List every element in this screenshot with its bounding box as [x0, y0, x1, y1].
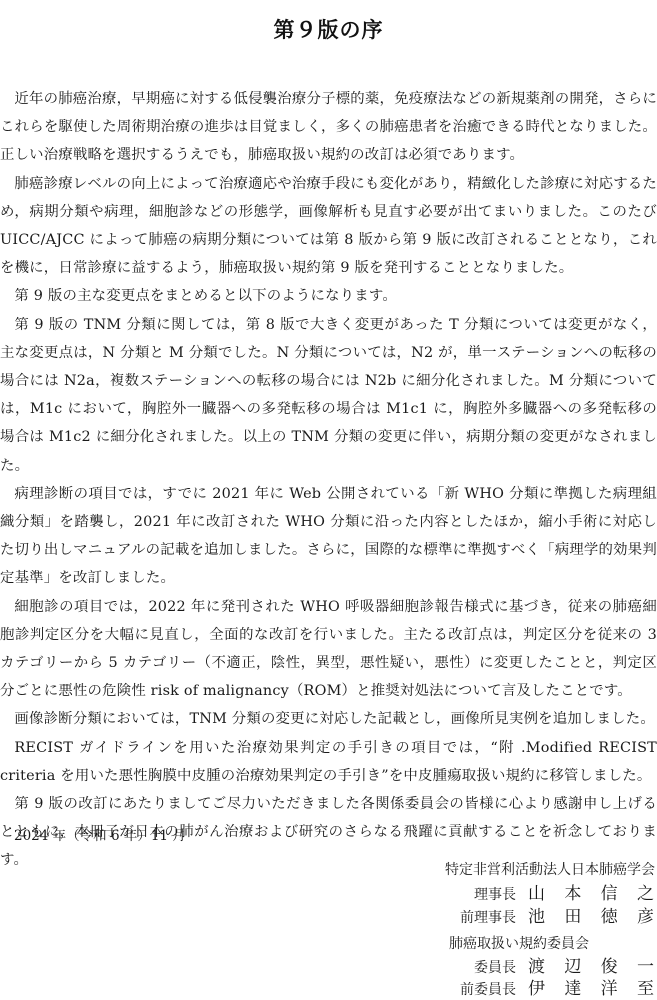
preface-body: 近年の肺癌治療，早期癌に対する低侵襲治療分子標的薬，免疫療法などの新規薬剤の開発…	[0, 85, 657, 875]
name-char: 俊	[601, 957, 618, 977]
signature-row: 前理事長 池 田 徳 彦	[460, 907, 657, 928]
name-char: 辺	[564, 957, 581, 977]
name-char: 一	[637, 957, 654, 977]
paragraph: 近年の肺癌治療，早期癌に対する低侵襲治療分子標的薬，免疫療法などの新規薬剤の開発…	[0, 85, 657, 170]
name-char: 池	[528, 907, 545, 927]
name-char: 本	[564, 884, 581, 904]
signature-name: 池 田 徳 彦	[528, 907, 657, 927]
signature-name: 渡 辺 俊 一	[528, 957, 657, 977]
paragraph: 第 9 版の主な変更点をまとめると以下のようになります。	[0, 282, 657, 310]
name-char: 渡	[528, 957, 545, 977]
committee-name: 肺癌取扱い規約委員会	[449, 934, 589, 954]
name-char: 山	[528, 884, 545, 904]
name-char: 達	[564, 979, 581, 999]
signature-role: 前委員長	[460, 980, 516, 1000]
name-char: 至	[637, 979, 654, 999]
paragraph: 第 9 版の TNM 分類に関しては，第 8 版で大きく変更があった T 分類に…	[0, 311, 657, 480]
signature-name: 伊 達 洋 至	[528, 979, 657, 999]
organization-name: 特定非営利活動法人日本肺癌学会	[445, 860, 655, 880]
signature-name: 山 本 信 之	[528, 884, 657, 904]
paragraph: 肺癌診療レベルの向上によって治療適応や治療手段にも変化があり，精緻化した診療に対…	[0, 170, 657, 283]
name-char: 田	[564, 907, 581, 927]
name-char: 信	[601, 884, 618, 904]
name-char: 彦	[637, 907, 654, 927]
name-char: 洋	[601, 979, 618, 999]
signature-row: 理事長 山 本 信 之	[474, 884, 657, 905]
paragraph: RECIST ガイドラインを用いた治療効果判定の手引きの項目では，“附 .Mod…	[0, 734, 657, 790]
name-char: 伊	[528, 979, 545, 999]
paragraph: 細胞診の項目では，2022 年に発刊された WHO 呼吸器細胞診報告様式に基づき…	[0, 593, 657, 706]
name-char: 之	[637, 884, 654, 904]
page-title: 第９版の序	[0, 16, 657, 44]
paragraph: 画像診断分類においては，TNM 分類の変更に対応した記載とし，画像所見実例を追加…	[0, 705, 657, 733]
paragraph: 病理診断の項目では，すでに 2021 年に Web 公開されている「新 WHO …	[0, 480, 657, 593]
signature-row: 委員長 渡 辺 俊 一	[474, 957, 657, 978]
signature-role: 理事長	[474, 885, 516, 905]
publication-date: 2024 年（令和 6 年）11 月	[14, 826, 186, 846]
name-char: 徳	[601, 907, 618, 927]
signature-row: 前委員長 伊 達 洋 至	[460, 979, 657, 1000]
signature-role: 前理事長	[460, 908, 516, 928]
signature-role: 委員長	[474, 958, 516, 978]
